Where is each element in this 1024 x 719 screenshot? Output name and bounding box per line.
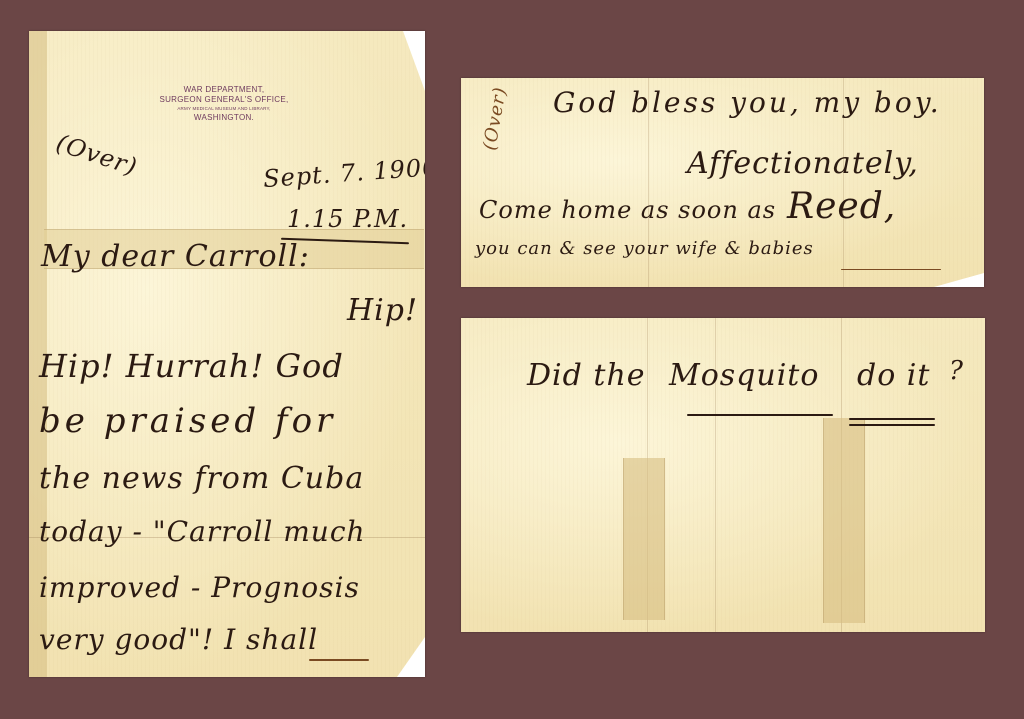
closing-affectionately: Affectionately, [687, 146, 919, 181]
letter-line-2: Hip! Hurrah! God [39, 347, 344, 385]
closing-flourish [841, 269, 941, 270]
letter-line-3: be praised for [39, 401, 336, 441]
torn-corner-bottom-right [397, 637, 425, 677]
question-did-the: Did the [527, 358, 646, 393]
question-mark: ? [949, 356, 964, 386]
letter-line-7: very good"! I shall [39, 623, 318, 656]
letter-time: 1.15 P.M. [287, 205, 408, 233]
do-it-underline-1 [849, 418, 935, 420]
question-mosquito: Mosquito [669, 358, 819, 393]
letterhead: WAR DEPARTMENT, SURGEON GENERAL'S OFFICE… [134, 85, 314, 123]
torn-corner-bottom-right [934, 273, 984, 287]
letter-line-1: Hip! [347, 293, 418, 328]
see-family-line: you can & see your wife & babies [475, 238, 814, 259]
letterhead-museum: ARMY MEDICAL MUSEUM AND LIBRARY, [134, 106, 314, 112]
shall-underline [309, 659, 369, 661]
torn-corner-top-right [403, 31, 425, 91]
letterhead-city: WASHINGTON. [134, 113, 314, 123]
tape-strip-vertical [623, 458, 665, 620]
tape-strip-vertical [823, 418, 865, 623]
letter-card-question: Did the Mosquito do it ? [461, 318, 985, 632]
blessing-line: God bless you, my boy. [553, 86, 942, 119]
letter-line-6: improved - Prognosis [39, 571, 360, 604]
over-note: (Over) [479, 85, 511, 152]
letter-card-closing: (Over) God bless you, my boy. Affectiona… [461, 78, 984, 287]
mosquito-underline [687, 414, 833, 416]
letter-page-front: WAR DEPARTMENT, SURGEON GENERAL'S OFFICE… [29, 31, 425, 677]
letter-date: Sept. 7. 1900 [262, 153, 425, 193]
signature-reed: Reed, [787, 186, 896, 227]
come-home-line: Come home as soon as [479, 196, 776, 224]
letter-line-5: today - "Carroll much [39, 515, 366, 548]
letter-line-4: the news from Cuba [39, 461, 364, 496]
question-do-it: do it [857, 358, 930, 393]
do-it-underline-2 [849, 424, 935, 426]
letterhead-office: SURGEON GENERAL'S OFFICE, [134, 95, 314, 105]
letterhead-department: WAR DEPARTMENT, [134, 85, 314, 95]
over-note: (Over) [53, 129, 141, 181]
salutation: My dear Carroll: [41, 239, 310, 274]
